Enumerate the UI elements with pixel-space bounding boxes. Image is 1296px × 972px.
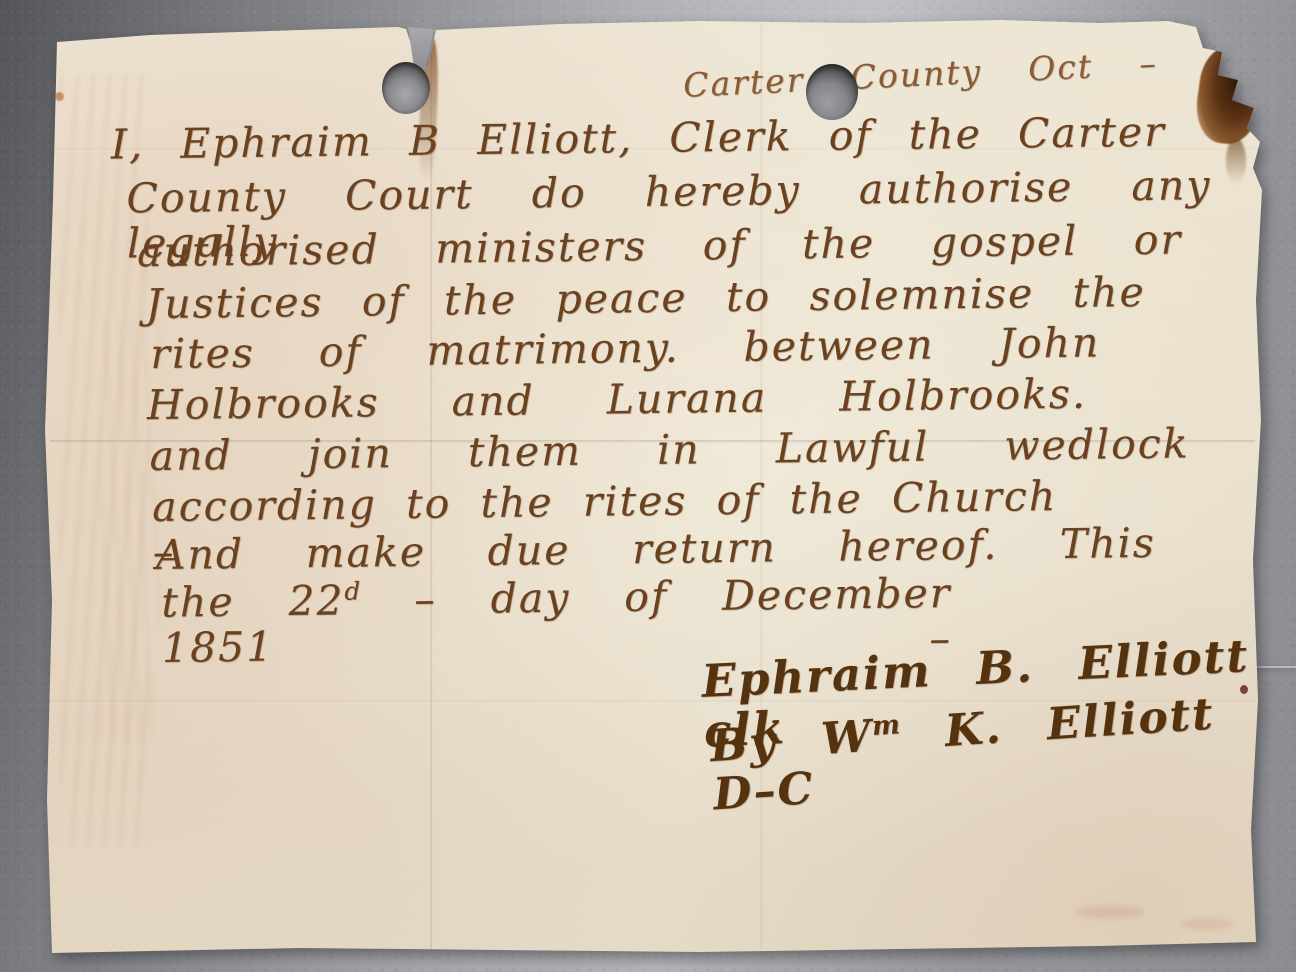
handwriting-line: authorised ministers of the gospel or xyxy=(137,217,1182,275)
handwriting-line: and join them in Lawful wedlock xyxy=(149,421,1189,479)
document-paper: Carter County Oct – I, Ephraim B Elliott… xyxy=(0,0,1296,972)
handwriting-line: I, Ephraim B Elliott, Clerk of the Carte… xyxy=(111,110,1166,168)
faint-stain xyxy=(1180,918,1235,930)
punch-hole-right xyxy=(806,64,858,120)
handwriting-line: rites of matrimony. between John xyxy=(150,320,1100,377)
handwriting-line: And make due return hereof. This xyxy=(156,521,1156,578)
red-spot xyxy=(1240,685,1248,694)
countersign-superscript: m xyxy=(871,709,901,742)
countersign-text: By W xyxy=(709,711,875,772)
rust-spot xyxy=(55,92,64,101)
handwriting-line: Holbrooks and Lurana Holbrooks. xyxy=(147,372,1087,429)
paper-shadow-wrap: Carter County Oct – I, Ephraim B Elliott… xyxy=(0,0,1296,972)
handwriting-layer: Carter County Oct – I, Ephraim B Elliott… xyxy=(0,0,1296,972)
faint-stain xyxy=(1075,905,1145,919)
punch-hole-left xyxy=(382,62,430,114)
corner-stain-tail xyxy=(1226,138,1246,184)
handwriting-heading: Carter County Oct – xyxy=(682,45,1158,104)
date-superscript: d xyxy=(344,577,360,606)
photo-of-document: Carter County Oct – I, Ephraim B Elliott… xyxy=(0,0,1296,972)
handwriting-line: Justices of the peace to solemnise the xyxy=(145,270,1145,327)
date-text: the 22 xyxy=(161,576,345,626)
